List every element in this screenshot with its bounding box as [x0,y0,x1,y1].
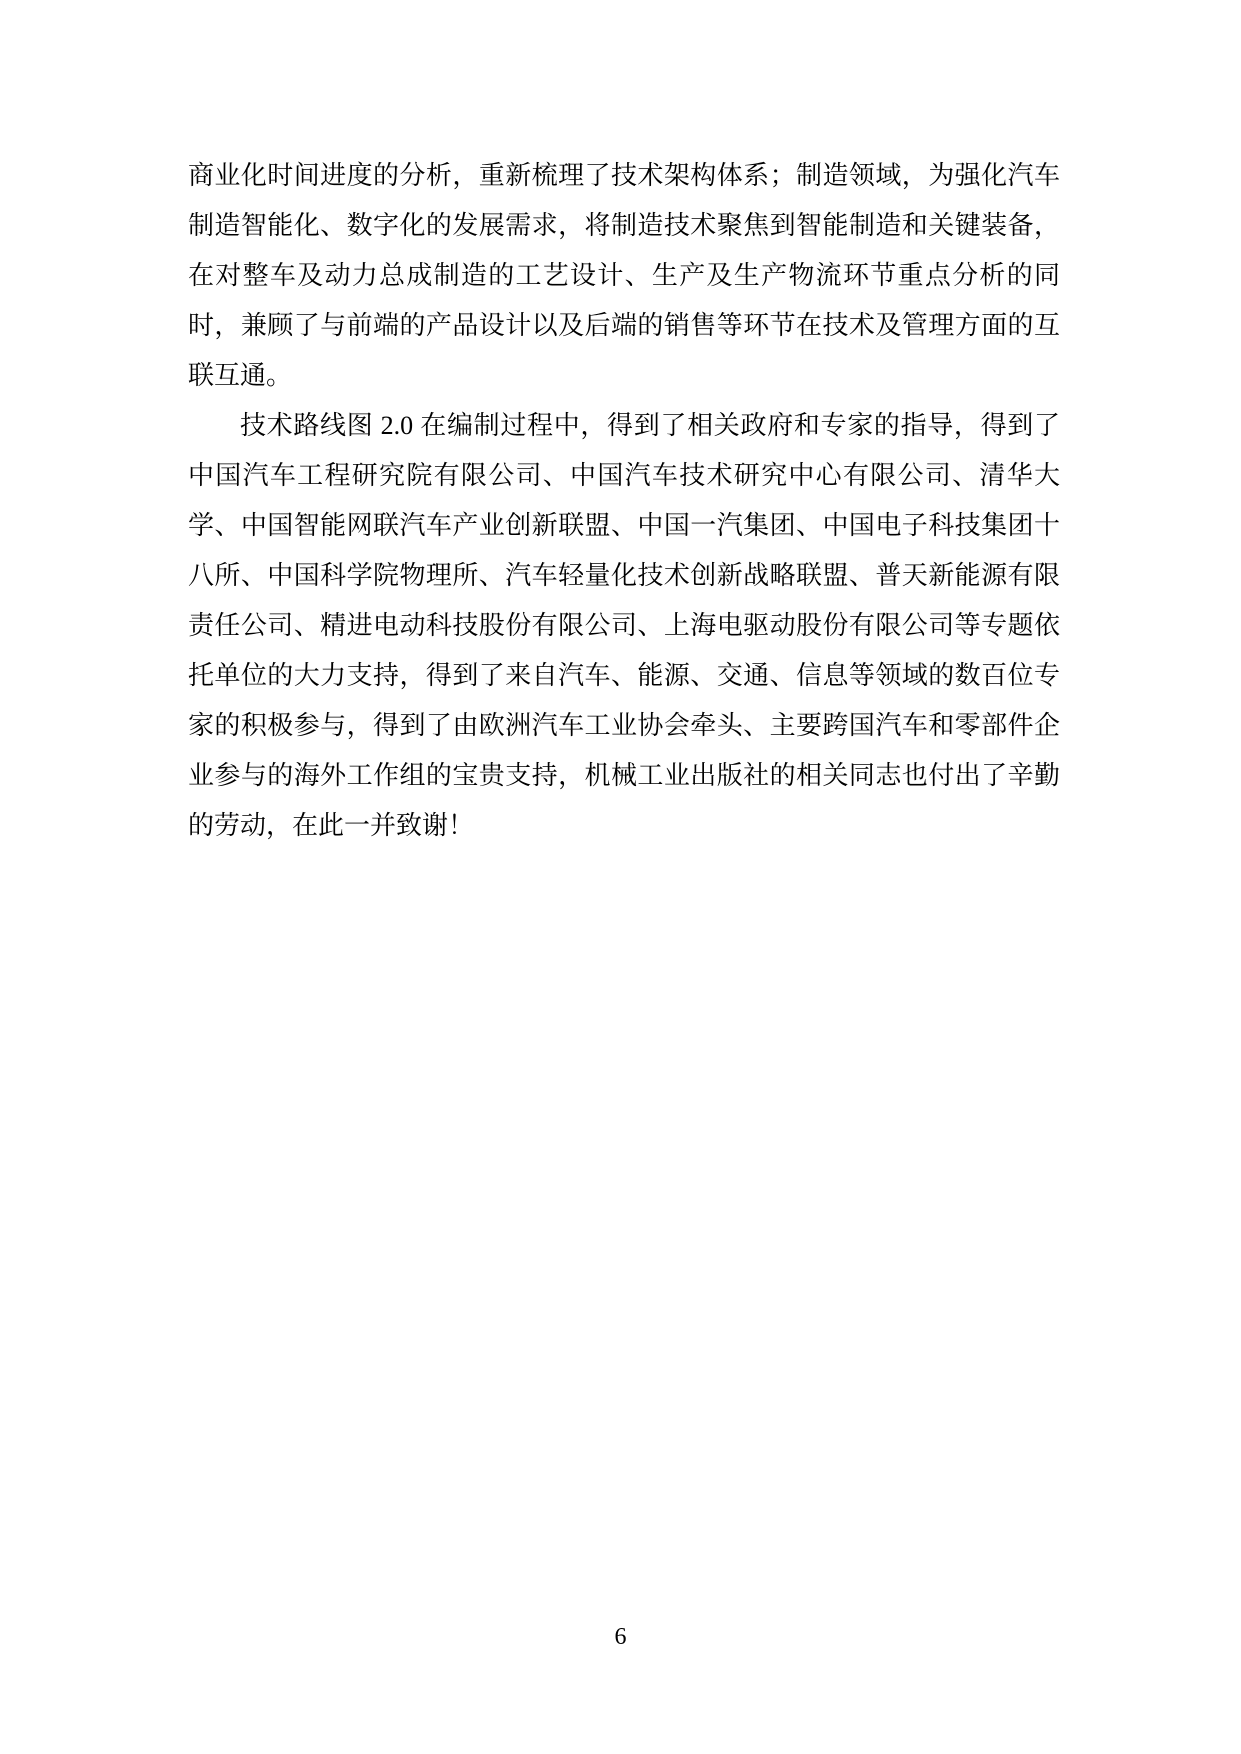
page-number: 6 [0,1622,1241,1652]
paragraph-continuation: 商业化时间进度的分析，重新梳理了技术架构体系；制造领域，为强化汽车制造智能化、数… [188,151,1060,401]
paragraph-acknowledgement: 技术路线图 2.0 在编制过程中，得到了相关政府和专家的指导，得到了中国汽车工程… [188,401,1060,851]
body-text-block: 商业化时间进度的分析，重新梳理了技术架构体系；制造领域，为强化汽车制造智能化、数… [188,151,1060,851]
document-page: 商业化时间进度的分析，重新梳理了技术架构体系；制造领域，为强化汽车制造智能化、数… [0,0,1241,1754]
